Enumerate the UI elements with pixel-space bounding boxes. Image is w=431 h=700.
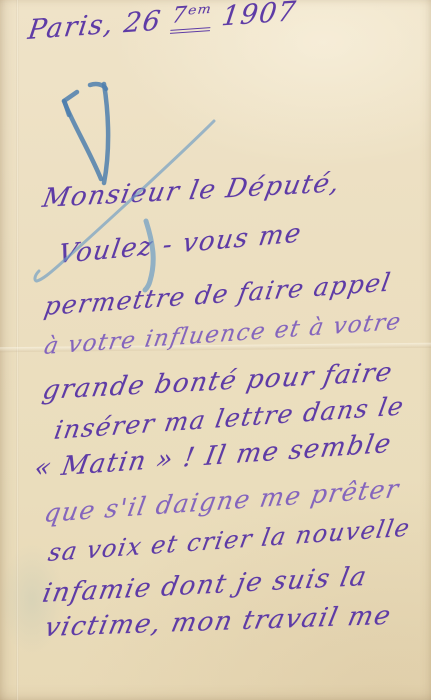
blue-check-arrow-mark xyxy=(64,84,108,183)
date-month-abbrev: 7ᵉᵐ xyxy=(170,1,215,34)
letter-line-salutation: Monsieur le Député, xyxy=(40,168,343,214)
letter-line: infamie dont je suis la xyxy=(40,562,370,609)
date-line: Paris, 26 7ᵉᵐ 1907 xyxy=(26,0,299,46)
letter-line: Voulez - vous me xyxy=(56,218,304,270)
date-year: 1907 xyxy=(220,0,299,32)
letter-line: victime, mon travail me xyxy=(42,601,394,643)
date-prefix: Paris, 26 xyxy=(26,5,164,46)
letter-page: Paris, 26 7ᵉᵐ 1907 Monsieur le Député, V… xyxy=(0,0,431,700)
